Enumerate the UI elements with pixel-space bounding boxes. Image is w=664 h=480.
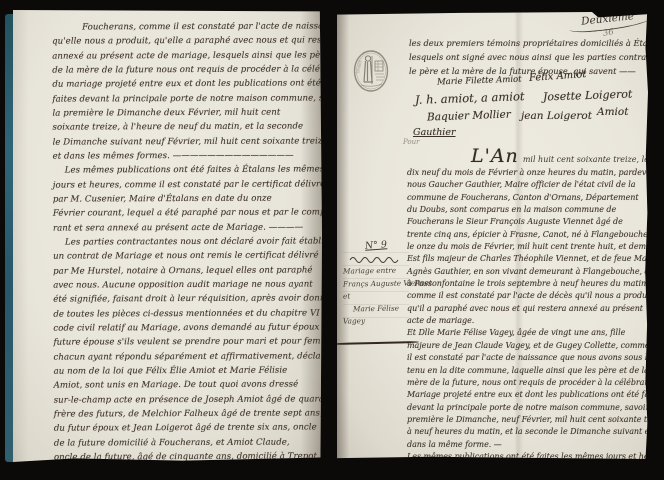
manuscript-line: faites devant la principale porte de not… [52, 91, 322, 107]
manuscript-line: Est fils majeur de Charles Théophile Vie… [407, 253, 647, 265]
manuscript-line: du Doubs, sont comparus en la maison com… [407, 204, 647, 216]
manuscript-line: tenu en la dite commune, laquelle ainsi … [407, 365, 647, 377]
manuscript-line: à Passonfontaine le trois septembre à ne… [407, 278, 647, 290]
signature: Amiot [597, 106, 628, 118]
manuscript-line: jours et heures, comme il est constaté p… [53, 177, 322, 193]
manuscript-line: Et Dlle Marie Félise Vagey, âgée de ving… [407, 327, 647, 339]
paragraph-publications-foucherans: Foucherans, comme il est constaté par l'… [52, 19, 322, 163]
signature-block: Marie Filette AmiotFélix AmiotJ. h. amio… [337, 70, 648, 148]
manuscript-line: Les mêmes publications ont été faites le… [407, 451, 647, 459]
manuscript-line: du futur époux et Jean Loigerot âgé de t… [54, 421, 322, 437]
manuscript-line: Vagey [343, 314, 409, 328]
manuscript-line: au nom de la loi que Félix Élie Amiot et… [54, 363, 322, 379]
manuscript-line: qu'il a paraphé avec nous et qui restera… [407, 303, 647, 315]
act-margin-note: N° 9 Mariage entreFrançs Auguste Viennet… [343, 240, 409, 328]
signature: Gauthier [413, 127, 456, 138]
act-opening-rest: mil huit cent soixante treize, le [523, 155, 648, 164]
manuscript-line: Mariage projeté entre eux et dont les pu… [407, 389, 647, 401]
signature: jean Loigerot [521, 110, 592, 122]
manuscript-line: et dans les mêmes formes. —————————————— [53, 148, 322, 164]
signature: Baquier Mollier [427, 109, 511, 124]
manuscript-line: rant et sera annexé au présent acte de M… [53, 220, 322, 236]
manuscript-line: à neuf heures du matin, et la seconde le… [407, 426, 647, 438]
right-page: Deuxième 36 TIMBRE les deux premiers tém… [337, 12, 648, 459]
manuscript-line: il est constaté par l'acte de naissance … [407, 352, 647, 364]
register-scan: Foucherans, comme il est constaté par l'… [0, 0, 664, 480]
book-binding-edge [5, 14, 14, 462]
manuscript-line: le onze du mois de Février, mil huit cen… [407, 241, 647, 253]
manuscript-line: Françs Auguste Viennet [343, 277, 409, 291]
manuscript-line: et [343, 289, 409, 303]
manuscript-line: le Dimanche suivant neuf Février, mil hu… [53, 134, 322, 150]
manuscript-line: mère de la future, nous ont requis de pr… [407, 377, 647, 389]
manuscript-line: soixante treize, à l'heure de neuf du ma… [52, 120, 322, 136]
paragraph-publications-etalans: Les mêmes publications ont été faites à … [53, 163, 322, 236]
manuscript-line: dans la même forme. — [407, 439, 647, 451]
manuscript-line: lesquels ont signé avec nous ainsi que l… [409, 50, 647, 64]
manuscript-line: Mariage entre [343, 264, 409, 278]
manuscript-line: majeure de Jean Claude Vagey, et de Guge… [407, 340, 647, 352]
manuscript-line: un contrat de Mariage et nous ont remis … [53, 249, 322, 265]
manuscript-line: la première le Dimanche deux Février, mi… [52, 105, 322, 121]
left-page-text: Foucherans, comme il est constaté par l'… [52, 19, 322, 462]
signature: Josette Loigerot [543, 87, 633, 103]
manuscript-line: frère des futurs, de Melchior Falheux âg… [54, 406, 322, 422]
manuscript-line: sur-le-champ acte en présence de Joseph … [54, 392, 322, 408]
manuscript-line: les deux premiers témoins propriétaires … [409, 36, 647, 50]
manuscript-line: commune de Foucherans, Canton d'Ornans, … [407, 192, 647, 204]
signature: Félix Amiot [529, 69, 587, 84]
manuscript-line: dix neuf du mois de Février à onze heure… [407, 167, 647, 179]
act-margin-title: Mariage entreFrançs Auguste ViennetetMar… [343, 265, 409, 328]
ink-squiggle-icon [349, 255, 403, 263]
manuscript-line: par M. Cusenier, Maire d'Étalans en date… [53, 191, 322, 207]
manuscript-line: Agnès Gauthier, en son vivant demeurant … [407, 266, 647, 278]
manuscript-line: annexé au présent acte de mariage, lesqu… [52, 48, 322, 64]
act-number: N° 9 [343, 238, 410, 254]
manuscript-line: comme il est constaté par l'acte de décè… [407, 290, 647, 302]
manuscript-line: Les mêmes publications ont été faites à … [53, 163, 322, 179]
manuscript-line: oncle de la future, âgé de cinquante ans… [54, 449, 322, 462]
manuscript-line: trente cinq ans, épicier à Frasne, Canot… [407, 229, 647, 241]
signature: Marie Filette Amiot [437, 75, 522, 88]
paragraph-union-declaration: Les parties contractantes nous ont décla… [53, 234, 322, 462]
manuscript-line: qu'elle nous a produit, qu'elle a paraph… [52, 34, 322, 50]
manuscript-line: été signifiée, faisant droit à leur réqu… [53, 292, 322, 308]
manuscript-line: Les parties contractantes nous ont décla… [53, 234, 322, 250]
act-body: dix neuf du mois de Février à onze heure… [407, 167, 647, 459]
manuscript-line: nous Gaucher Gauthier, Maire officier de… [407, 179, 647, 191]
manuscript-line: Foucherans, comme il est constaté par l'… [52, 19, 322, 35]
signature: J. h. amiot, a amiot [415, 89, 525, 107]
left-page: Foucherans, comme il est constaté par l'… [13, 10, 322, 462]
manuscript-line: par Me Hurstel, notaire à Ornans, lequel… [53, 263, 322, 279]
manuscript-line: future épouse s'ils veulent se prendre p… [53, 335, 322, 351]
marriage-act-text: L'Anmil huit cent soixante treize, le di… [407, 145, 647, 459]
manuscript-line: Marie Félise [343, 302, 409, 316]
manuscript-line: première le Dimanche, neuf Février, mil … [407, 414, 647, 426]
manuscript-line: code civil relatif au Mariage, avons dem… [53, 320, 322, 336]
manuscript-line: acte de mariage. [407, 315, 647, 327]
act-initial: L'An [471, 145, 519, 167]
manuscript-line: du mariage projeté entre eux et dont les… [52, 77, 322, 93]
act-opening-line: L'Anmil huit cent soixante treize, le [407, 145, 647, 167]
manuscript-line: avec nous. Aucune opposition audit maria… [53, 277, 322, 293]
manuscript-line: Février courant, lequel a été paraphé pa… [53, 206, 322, 222]
manuscript-line: Foucherans le Sieur François Auguste Vie… [407, 216, 647, 228]
manuscript-line: devant la principale porte de notre mais… [407, 402, 647, 414]
manuscript-line: de la mère de la future nous ont requis … [52, 62, 322, 78]
manuscript-line: Amiot, sont unis en Mariage. De tout quo… [54, 378, 322, 394]
manuscript-line: de toutes les pièces ci-dessus mentionné… [53, 306, 322, 322]
manuscript-line: de la future domicilié à Foucherans, et … [54, 435, 322, 451]
manuscript-line: chacun ayant répondu séparément et affir… [53, 349, 322, 365]
